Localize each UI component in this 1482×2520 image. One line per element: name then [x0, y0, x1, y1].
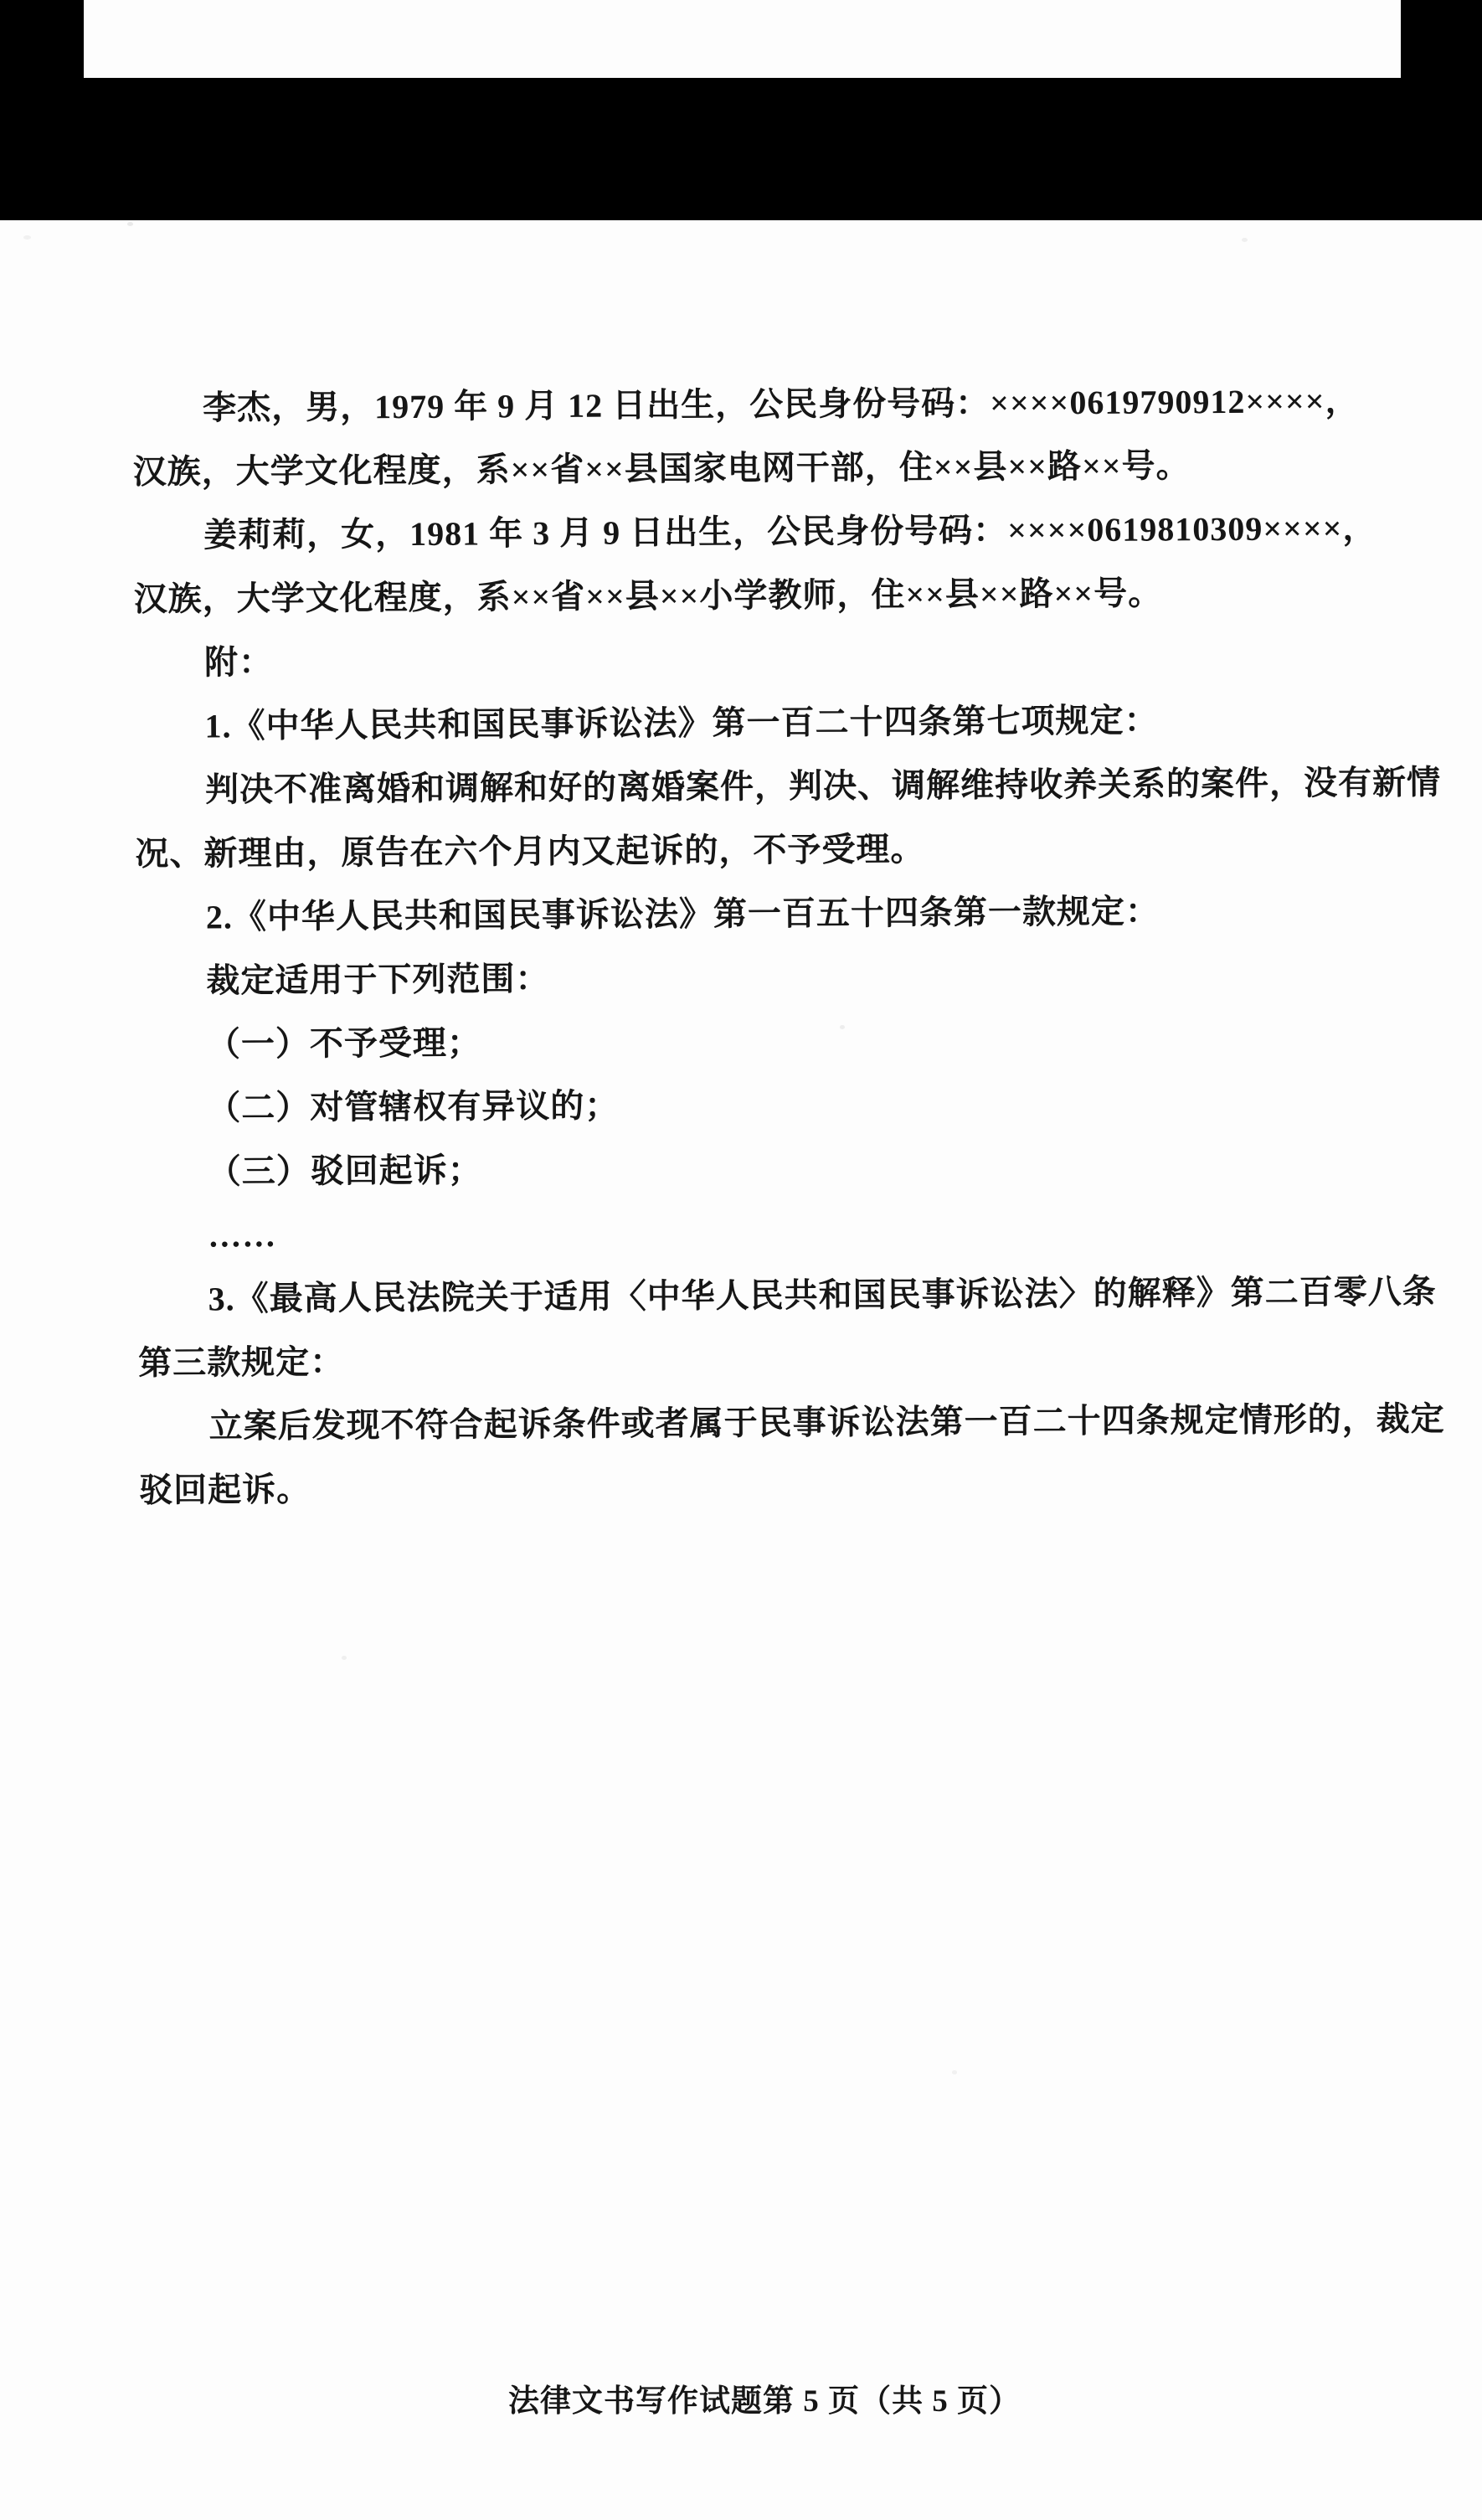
- document-body: 李杰，男，1979 年 9 月 12 日出生，公民身份号码：××××061979…: [132, 368, 1447, 1523]
- text-line: 第三款规定：: [138, 1323, 1446, 1395]
- scan-speck: [1242, 238, 1248, 242]
- page-footer-label: 法律文书写作试题第 5 页（共 5 页）: [508, 2384, 1021, 2419]
- text-line: 李杰，男，1979 年 9 月 12 日出生，公民身份号码：××××061979…: [132, 368, 1440, 441]
- text-line: 附：: [134, 623, 1442, 695]
- text-line: 汉族，大学文化程度，系××省××县国家电网干部，住××县××路××号。: [132, 432, 1440, 504]
- scan-artifact-top-band: [0, 78, 1482, 220]
- text-line: 2.《中华人民共和国民事诉讼法》第一百五十四条第一款规定：: [136, 878, 1443, 950]
- scan-speck: [127, 222, 133, 226]
- text-line: （三）驳回起诉；: [137, 1132, 1445, 1204]
- scan-artifact-top-left: [0, 0, 84, 79]
- scan-artifact-top-right: [1401, 0, 1482, 79]
- text-line: 汉族，大学文化程度，系××省××县××小学教师，住××县××路××号。: [133, 559, 1441, 631]
- text-line: 判决不准离婚和调解和好的离婚案件，判决、调解维持收养关系的案件，没有新情: [135, 750, 1443, 822]
- scan-speck: [840, 1025, 845, 1029]
- text-line: （二）对管辖权有异议的；: [136, 1069, 1444, 1141]
- scan-speck: [23, 235, 31, 240]
- scanned-document-page: 李杰，男，1979 年 9 月 12 日出生，公民身份号码：××××061979…: [0, 0, 1482, 2520]
- text-line: 3.《最高人民法院关于适用〈中华人民共和国民事诉讼法〉的解释》第二百零八条: [137, 1260, 1445, 1332]
- scan-speck: [952, 2070, 957, 2074]
- text-line: ……: [137, 1196, 1445, 1268]
- page-footer: 法律文书写作试题第 5 页（共 5 页）: [23, 2377, 1482, 2427]
- text-line: 况、新理由，原告在六个月内又起诉的，不予受理。: [135, 814, 1443, 886]
- text-line: （一）不予受理；: [136, 1005, 1444, 1077]
- text-line: 裁定适用于下列范围：: [136, 941, 1443, 1013]
- text-line: 姜莉莉，女，1981 年 3 月 9 日出生，公民身份号码：××××061981…: [133, 496, 1441, 568]
- text-line: 立案后发现不符合起诉条件或者属于民事诉讼法第一百二十四条规定情形的，裁定: [138, 1387, 1446, 1459]
- text-line: 1.《中华人民共和国民事诉讼法》第一百二十四条第七项规定：: [134, 687, 1442, 759]
- scan-speck: [342, 1656, 347, 1660]
- text-line: 驳回起诉。: [139, 1451, 1447, 1523]
